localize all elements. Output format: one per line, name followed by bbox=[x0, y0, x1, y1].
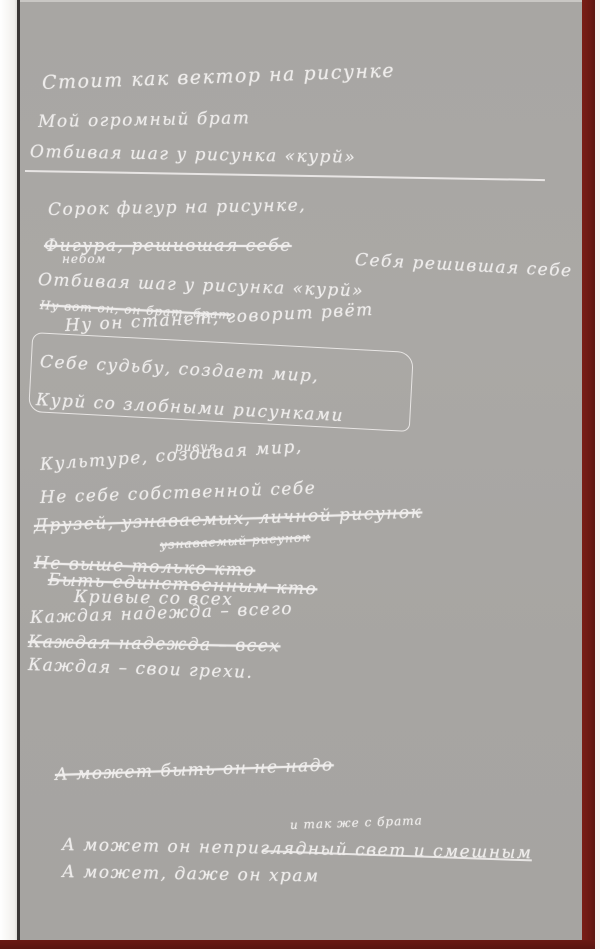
book-cover-right-edge bbox=[582, 0, 595, 949]
stanza-2-insert: небом bbox=[62, 252, 107, 266]
left-page-margin bbox=[0, 0, 18, 949]
page-top-edge bbox=[20, 0, 582, 2]
stanza-1-line-2: Мой огромный брат bbox=[38, 108, 251, 132]
book-cover-bottom-edge bbox=[0, 940, 595, 949]
right-background bbox=[595, 0, 600, 949]
